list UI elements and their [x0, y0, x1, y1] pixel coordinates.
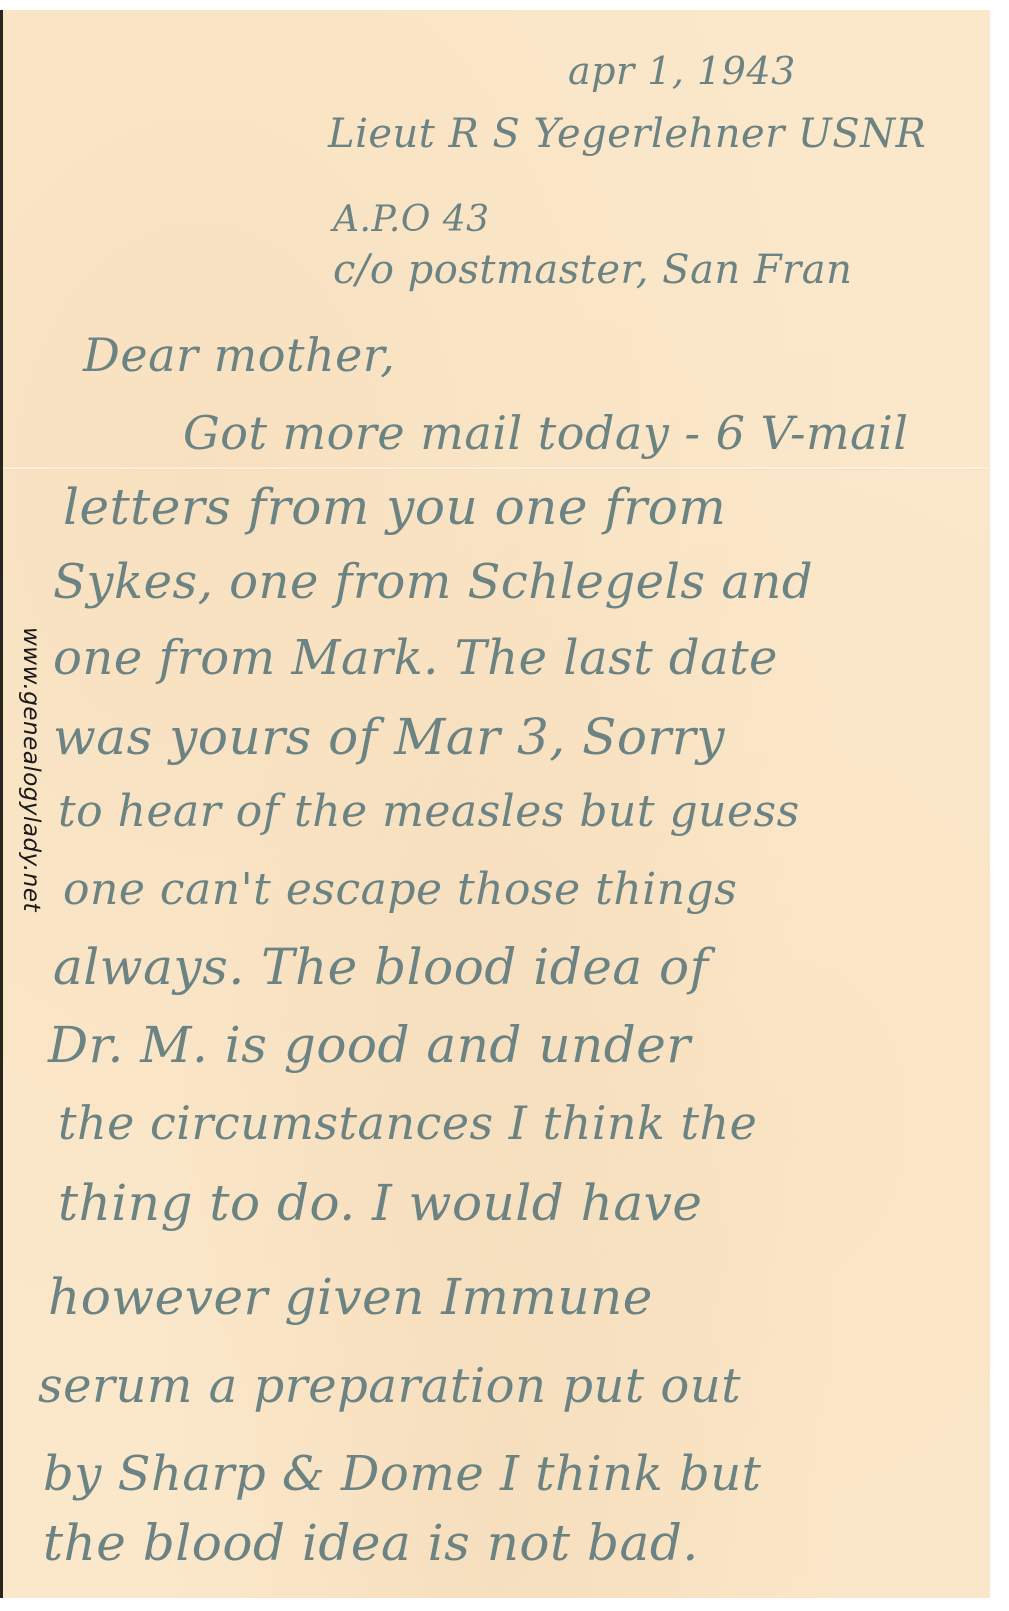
- body-line: was yours of Mar 3, Sorry: [53, 712, 725, 762]
- body-line: serum a preparation put out: [38, 1362, 741, 1410]
- sender-apo: A.P.O 43: [333, 202, 490, 238]
- body-line: one can't escape those things: [63, 868, 737, 912]
- body-line: Got more mail today - 6 V-mail: [183, 410, 909, 456]
- fold-crease: [3, 467, 990, 470]
- body-line: thing to do. I would have: [58, 1178, 702, 1228]
- body-line: by Sharp & Dome I think but: [43, 1450, 761, 1498]
- salutation: Dear mother,: [83, 332, 395, 378]
- body-line: Dr. M. is good and under: [48, 1020, 691, 1070]
- letter-date: apr 1, 1943: [568, 52, 796, 90]
- sender-address: c/o postmaster, San Fran: [333, 250, 852, 290]
- body-line: letters from you one from: [63, 482, 726, 532]
- body-line: to hear of the measles but guess: [58, 790, 800, 834]
- watermark-url: www.genealogylady.net: [16, 627, 46, 977]
- body-line: Sykes, one from Schlegels and: [53, 558, 813, 606]
- sender-name: Lieut R S Yegerlehner USNR: [328, 114, 926, 154]
- body-line: the blood idea is not bad.: [43, 1518, 699, 1568]
- body-line: always. The blood idea of: [53, 942, 709, 992]
- body-line: the circumstances I think the: [58, 1100, 757, 1146]
- letter-page: apr 1, 1943 Lieut R S Yegerlehner USNR A…: [0, 10, 990, 1598]
- scan-margin: [990, 10, 1009, 1598]
- body-line: one from Mark. The last date: [53, 634, 778, 682]
- body-line: however given Immune: [48, 1272, 653, 1322]
